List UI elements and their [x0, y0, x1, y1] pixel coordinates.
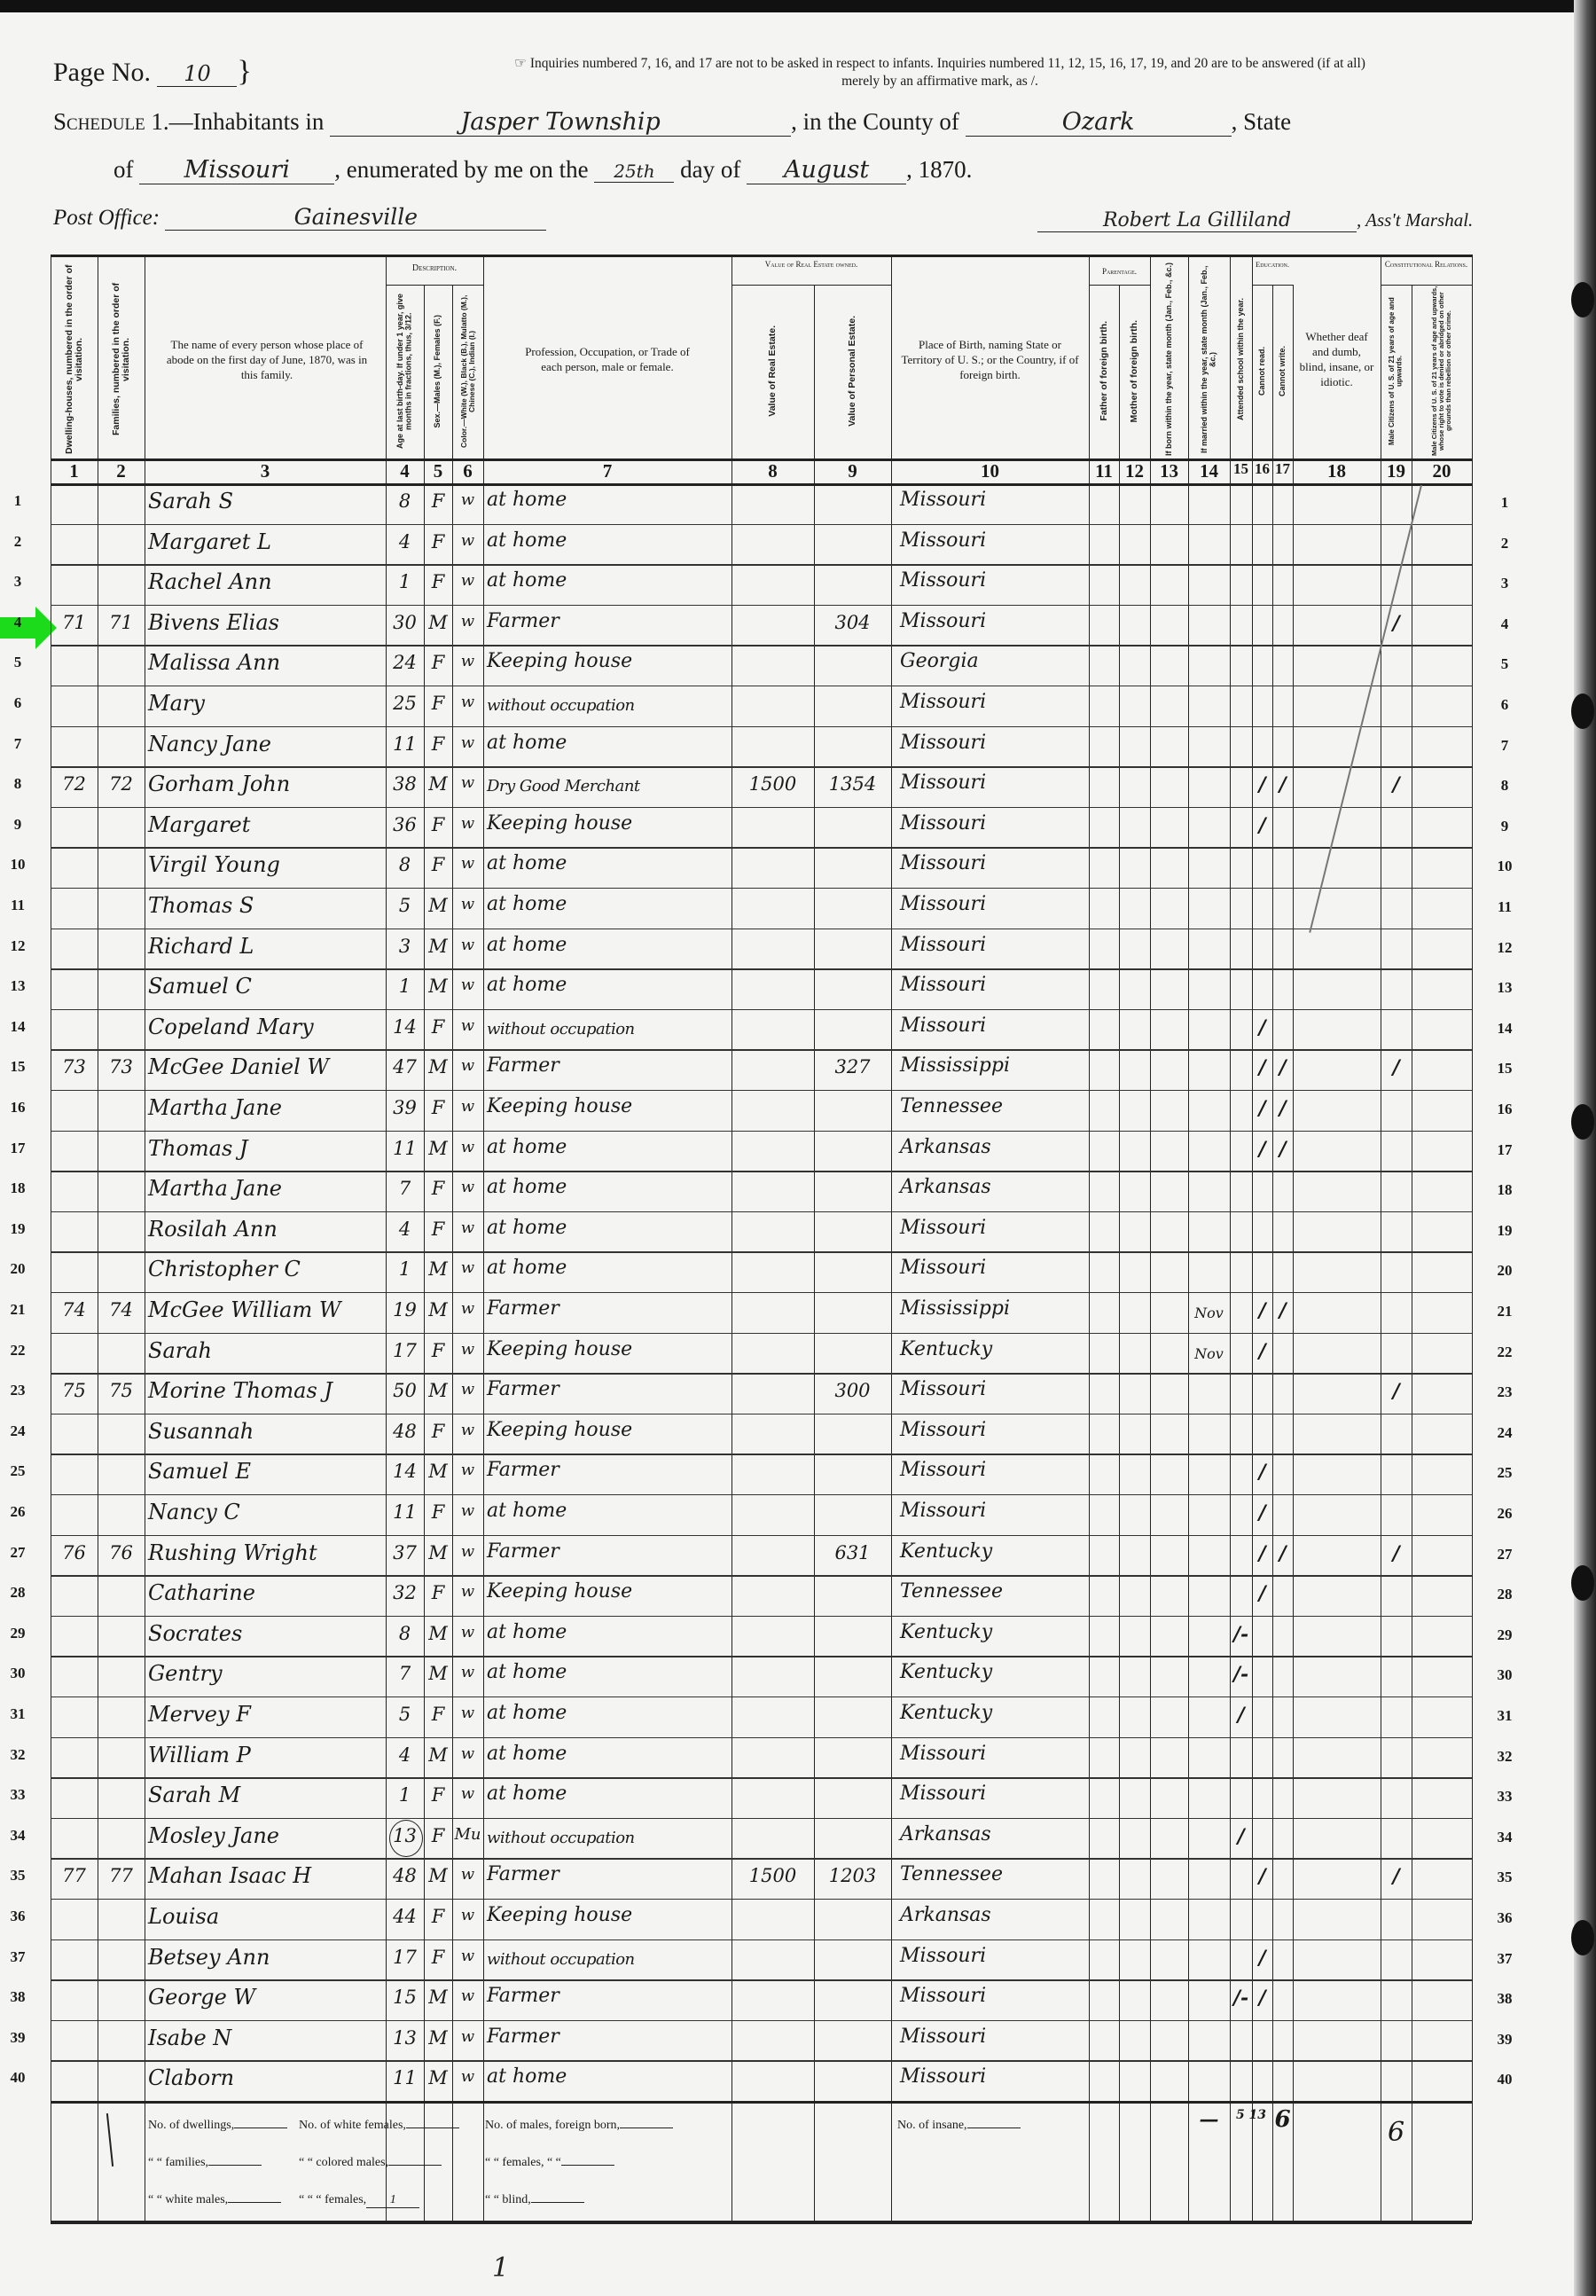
birthplace: Missouri [900, 691, 986, 713]
table-row: 1818Martha Jane7Fwat homeArkansas [51, 1171, 1472, 1211]
real-estate-value: 1500 [731, 1865, 814, 1886]
sex: F [424, 1016, 452, 1038]
age: 11 [386, 733, 424, 755]
occupation: at home [487, 1621, 567, 1643]
birthplace: Kentucky [900, 1540, 992, 1563]
birthplace: Missouri [900, 1378, 986, 1400]
person-name: George W [148, 1985, 255, 2010]
age: 1 [386, 976, 424, 997]
line-number-left: 25 [4, 1462, 31, 1480]
personal-estate-value: 1354 [814, 773, 891, 795]
occupation: at home [487, 1257, 567, 1279]
table-row: 33Rachel Ann1Fwat homeMissouri [51, 564, 1472, 605]
column-number: 6 [452, 460, 483, 482]
line-number-left: 9 [4, 816, 31, 834]
occupation: at home [487, 489, 567, 511]
sex: F [424, 1178, 452, 1199]
personal-estate-value: 300 [814, 1380, 891, 1401]
birthplace: Kentucky [900, 1338, 992, 1360]
table-row: 1414Copeland Mary14Fwwithout occupationM… [51, 1009, 1472, 1050]
line-number-left: 40 [4, 2069, 31, 2087]
color: w [452, 1138, 483, 1156]
line-number-right: 37 [1491, 1950, 1518, 1968]
age: 11 [386, 2067, 424, 2088]
birthplace: Missouri [900, 1985, 986, 2007]
person-name: Christopher C [148, 1257, 301, 1281]
birthplace: Missouri [900, 2026, 986, 2048]
footer-bracket-mark [106, 2113, 113, 2167]
column-number: 4 [386, 460, 424, 482]
table-row: 1111Thomas S5Mwat homeMissouri [51, 888, 1472, 929]
sex: F [424, 1947, 452, 1968]
occupation: at home [487, 1500, 567, 1522]
state-field: Missouri [139, 156, 334, 184]
birthplace: Missouri [900, 529, 986, 552]
age: 1 [386, 1258, 424, 1280]
header-bottom-rule [51, 458, 1472, 461]
line-number-right: 16 [1491, 1101, 1518, 1118]
person-name: Margaret L [148, 529, 271, 554]
sex: M [424, 2067, 452, 2088]
sex: M [424, 1138, 452, 1159]
footer-white-males: “ “ white males, [148, 2193, 281, 2207]
age: 24 [386, 652, 424, 673]
color: w [452, 854, 483, 873]
column-number: 8 [731, 460, 814, 482]
sex: M [424, 895, 452, 916]
cannot-read: / [1252, 1542, 1272, 1565]
personal-estate-value: 304 [814, 612, 891, 633]
column-number: 14 [1188, 460, 1230, 482]
birthplace: Missouri [900, 1945, 986, 1967]
table-row: 3838George W15MwFarmerMissouri/-/ [51, 1979, 1472, 2020]
line-number-right: 4 [1491, 615, 1518, 633]
cannot-write: / [1272, 1138, 1293, 1161]
table-row: 4040Claborn11Mwat homeMissouri [51, 2060, 1472, 2101]
age: 15 [386, 1986, 424, 2008]
post-office-line: Post Office: Gainesville [53, 204, 546, 231]
male-citizen-21: / [1381, 1380, 1412, 1403]
binding-hole [1571, 1565, 1594, 1601]
age: 38 [386, 773, 424, 795]
sex: M [424, 936, 452, 957]
sex: M [424, 1542, 452, 1563]
line-number-right: 30 [1491, 1666, 1518, 1684]
age: 5 [386, 895, 424, 916]
line-number-right: 24 [1491, 1424, 1518, 1442]
birthplace: Kentucky [900, 1661, 992, 1683]
personal-estate-value: 327 [814, 1056, 891, 1077]
line-number-left: 27 [4, 1544, 31, 1562]
line-number-right: 36 [1491, 1909, 1518, 1927]
col20-header: Male Citizens of U. S. of 21 years of ag… [1412, 286, 1472, 457]
footer-colored-males: “ “ colored males, [299, 2156, 442, 2170]
line-number-left: 1 [4, 492, 31, 510]
col11-header: Father of foreign birth. [1089, 286, 1119, 457]
occupation: at home [487, 974, 567, 996]
line-number-left: 17 [4, 1140, 31, 1157]
person-name: Socrates [148, 1621, 242, 1646]
cannot-write: / [1272, 773, 1293, 796]
parentage-group-header: Parentage. [1089, 267, 1150, 277]
sex: M [424, 773, 452, 795]
birthplace: Missouri [900, 2065, 986, 2088]
family-number: 76 [98, 1542, 145, 1563]
birthplace: Missouri [900, 610, 986, 632]
footer-foreign-females: “ “ females, “ “ [485, 2156, 614, 2170]
col7-header: Profession, Occupation, or Trade of each… [483, 262, 731, 457]
occupation: Farmer [487, 610, 559, 632]
color: w [452, 1219, 483, 1237]
person-name: Nancy Jane [148, 732, 271, 756]
table-row: 3636Louisa44FwKeeping houseArkansas [51, 1899, 1472, 1939]
line-number-right: 39 [1491, 2031, 1518, 2049]
cannot-read: / [1252, 814, 1272, 837]
color: w [452, 1340, 483, 1359]
color: w [452, 2027, 483, 2046]
person-name: Gentry [148, 1661, 223, 1686]
sex: M [424, 1744, 452, 1766]
sex: F [424, 1784, 452, 1806]
birthplace: Arkansas [900, 1176, 991, 1198]
color: w [452, 936, 483, 954]
male-citizen-21: / [1381, 1056, 1412, 1079]
binding-hole [1571, 694, 1594, 729]
color: w [452, 1097, 483, 1116]
occupation: Keeping house [487, 812, 632, 835]
sex: F [424, 1582, 452, 1603]
line-number-right: 15 [1491, 1060, 1518, 1077]
color: w [452, 693, 483, 711]
sex: F [424, 1219, 452, 1240]
line-number-left: 12 [4, 937, 31, 955]
age: 50 [386, 1380, 424, 1401]
column-number: 1 [51, 460, 98, 482]
cannot-read: / [1252, 1340, 1272, 1363]
binding-hole [1571, 1920, 1594, 1955]
table-row: 2424Susannah48FwKeeping houseMissouri [51, 1414, 1472, 1454]
table-row: 2020Christopher C1Mwat homeMissouri [51, 1251, 1472, 1292]
cannot-read: / [1252, 1461, 1272, 1484]
line-number-left: 30 [4, 1665, 31, 1682]
line-number-left: 13 [4, 977, 31, 995]
birthplace: Missouri [900, 1500, 986, 1522]
sex: F [424, 1906, 452, 1927]
male-citizen-21: / [1381, 1542, 1412, 1565]
line-number-right: 27 [1491, 1546, 1518, 1563]
group-header-rule [1381, 285, 1472, 286]
line-number-left: 36 [4, 1908, 31, 1925]
sex: M [424, 1258, 452, 1280]
cannot-read: / [1252, 1138, 1272, 1161]
line-number-right: 6 [1491, 696, 1518, 714]
age: 5 [386, 1704, 424, 1725]
table-row: 3131Mervey F5Fwat homeKentucky/ [51, 1697, 1472, 1737]
schedule-label: Schedule 1. [53, 108, 169, 135]
line-number-right: 21 [1491, 1303, 1518, 1320]
person-name: Thomas S [148, 893, 254, 918]
age: 39 [386, 1097, 424, 1118]
birthplace: Tennessee [900, 1580, 1003, 1602]
table-row: 3737Betsey Ann17Fwwithout occupationMiss… [51, 1939, 1472, 1980]
age: 8 [386, 1623, 424, 1644]
footer-white-males-value [228, 2202, 281, 2203]
col10-header: Place of Birth, naming State or Territor… [891, 262, 1089, 457]
footer-foreign-females-value [561, 2165, 614, 2166]
occupation: at home [487, 1176, 567, 1198]
table-row: 1010Virgil Young8Fwat homeMissouri [51, 847, 1472, 888]
column-number: 7 [483, 460, 731, 482]
column-number: 5 [424, 460, 452, 482]
column-number: 12 [1119, 460, 1150, 482]
age: 4 [386, 531, 424, 552]
table-row: 23237575Morine Thomas J50MwFarmer300Miss… [51, 1373, 1472, 1414]
line-number-right: 10 [1491, 858, 1518, 875]
occupation: Farmer [487, 1540, 559, 1563]
line-number-right: 12 [1491, 939, 1518, 957]
birthplace: Missouri [900, 934, 986, 956]
sex: M [424, 1299, 452, 1320]
age: 8 [386, 490, 424, 512]
col12-header: Mother of foreign birth. [1119, 286, 1150, 457]
line-number-left: 16 [4, 1099, 31, 1117]
footer-tally-married: — [1188, 2108, 1230, 2131]
sex: M [424, 1986, 452, 2008]
line-number-right: 40 [1491, 2071, 1518, 2088]
color: w [452, 1258, 483, 1277]
cannot-read: / [1252, 1501, 1272, 1524]
person-name: Martha Jane [148, 1176, 282, 1201]
table-row: 2929Socrates8Mwat homeKentucky/- [51, 1616, 1472, 1657]
line-number-right: 17 [1491, 1141, 1518, 1159]
dwelling-number: 77 [51, 1865, 98, 1886]
age: 7 [386, 1178, 424, 1199]
line-number-right: 11 [1491, 898, 1518, 916]
occupation: Farmer [487, 1054, 559, 1077]
line-number-right: 32 [1491, 1748, 1518, 1766]
line-number-left: 10 [4, 856, 31, 874]
col17-header: Cannot write. [1272, 286, 1293, 457]
line-number-right: 8 [1491, 777, 1518, 795]
col4-header: Age at last birth-day. If under 1 year, … [386, 286, 424, 457]
table-row: 27277676Rushing Wright37MwFarmer631Kentu… [51, 1535, 1472, 1576]
occupation: Farmer [487, 1297, 559, 1320]
line-number-left: 26 [4, 1503, 31, 1521]
col15-header: Attended school within the year. [1230, 262, 1252, 457]
day-field: 25th [594, 161, 674, 183]
family-number: 77 [98, 1865, 145, 1886]
occupation: at home [487, 1743, 567, 1765]
birthplace: Missouri [900, 569, 986, 592]
birthplace: Missouri [900, 732, 986, 754]
sex: M [424, 1623, 452, 1644]
sex: F [424, 1421, 452, 1442]
birthplace: Missouri [900, 974, 986, 996]
line-number-left: 20 [4, 1260, 31, 1278]
instructions-line-1: ☞ Inquiries numbered 7, 16, and 17 are n… [341, 55, 1538, 73]
color: w [452, 1016, 483, 1035]
person-name: Louisa [148, 1904, 219, 1929]
footer-insane-value [967, 2128, 1021, 2128]
occupation: Keeping house [487, 1904, 632, 1926]
color: w [452, 652, 483, 670]
column-number: 20 [1412, 460, 1472, 482]
sex: F [424, 1097, 452, 1118]
age: 17 [386, 1340, 424, 1361]
line-number-right: 7 [1491, 737, 1518, 755]
col8-header: Value of Real Estate. [731, 286, 814, 457]
col2-header: Families, numbered in the order of visit… [99, 262, 144, 457]
age: 30 [386, 612, 424, 633]
line-number-left: 4 [4, 614, 31, 631]
footer-tally-school-read: 5 13 [1230, 2108, 1272, 2122]
county-field: Ozark [966, 108, 1232, 137]
birthplace: Missouri [900, 772, 986, 794]
birthplace: Missouri [900, 893, 986, 915]
age: 14 [386, 1016, 424, 1038]
person-name: Bivens Elias [148, 610, 279, 635]
age: 25 [386, 693, 424, 714]
color: w [452, 571, 483, 590]
age: 48 [386, 1865, 424, 1886]
table-top-rule [51, 255, 1472, 257]
column-number: 2 [98, 460, 145, 482]
color: w [452, 1865, 483, 1884]
table-row: 3333Sarah M1Fwat homeMissouri [51, 1777, 1472, 1818]
sex: M [424, 612, 452, 633]
line-number-left: 8 [4, 775, 31, 793]
line-number-right: 5 [1491, 655, 1518, 673]
birthplace: Kentucky [900, 1621, 992, 1643]
color: w [452, 1582, 483, 1601]
occupation: at home [487, 893, 567, 915]
table-row: 1212Richard L3Mwat homeMissouri [51, 929, 1472, 969]
dwelling-number: 76 [51, 1542, 98, 1563]
line-number-left: 7 [4, 735, 31, 753]
married-within-year: Nov [1188, 1345, 1230, 1362]
birthplace: Missouri [900, 852, 986, 874]
sex: F [424, 1501, 452, 1523]
color: w [452, 1784, 483, 1803]
family-number: 71 [98, 612, 145, 633]
column-divider [1472, 255, 1473, 2221]
age: 4 [386, 1744, 424, 1766]
dwelling-number: 71 [51, 612, 98, 633]
age: 13 [386, 2027, 424, 2049]
binding-hole [1571, 1104, 1594, 1140]
birthplace: Missouri [900, 489, 986, 511]
line-number-right: 23 [1491, 1383, 1518, 1401]
color: w [452, 733, 483, 752]
personal-estate-value: 1203 [814, 1865, 891, 1886]
person-name: Mervey F [148, 1702, 251, 1727]
birthplace: Mississippi [900, 1297, 1010, 1320]
col5-header: Sex.—Males (M.), Females (F.) [424, 286, 452, 457]
col19-header: Male Citizens of U. S. of 21 years of ag… [1381, 286, 1412, 457]
column-number: 19 [1381, 460, 1412, 482]
page-number-line: Page No. 10} [53, 55, 252, 89]
age: 36 [386, 814, 424, 835]
occupation: without occupation [487, 1829, 635, 1847]
column-number: 3 [145, 460, 386, 482]
table-row: 15157373McGee Daniel W47MwFarmer327Missi… [51, 1049, 1472, 1090]
line-number-left: 6 [4, 694, 31, 712]
color: Mu [452, 1825, 483, 1844]
table-row: 11Sarah S8Fwat homeMissouri [51, 483, 1472, 524]
age: 48 [386, 1421, 424, 1442]
instructions-line-2: merely by an affirmative mark, as /. [341, 73, 1538, 90]
line-number-left: 18 [4, 1179, 31, 1197]
cannot-read: / [1252, 1016, 1272, 1039]
color: w [452, 531, 483, 550]
footer-white-females-value [406, 2128, 459, 2128]
occupation: Farmer [487, 1985, 559, 2007]
person-name: Samuel E [148, 1459, 251, 1484]
age: 14 [386, 1461, 424, 1482]
table-row: 1717Thomas J11Mwat homeArkansas// [51, 1131, 1472, 1172]
occupation: at home [487, 529, 567, 552]
occupation: without occupation [487, 1950, 635, 1969]
sex: F [424, 1825, 452, 1846]
color: w [452, 773, 483, 792]
birthplace: Tennessee [900, 1095, 1003, 1117]
table-row: 2525Samuel E14MwFarmerMissouri/ [51, 1454, 1472, 1494]
sex: F [424, 854, 452, 875]
age: 8 [386, 854, 424, 875]
birthplace: Arkansas [900, 1823, 991, 1845]
table-row: 55Malissa Ann24FwKeeping houseGeorgia [51, 645, 1472, 686]
enumeration-line: of Missouri, enumerated by me on the 25t… [113, 156, 972, 184]
column-number: 11 [1089, 460, 1119, 482]
scan-top-edge [0, 0, 1596, 12]
constitutional-group-header: Constitutional Relations. [1381, 260, 1472, 270]
sex: M [424, 1461, 452, 1482]
birthplace: Missouri [900, 1783, 986, 1805]
post-office-field: Gainesville [165, 204, 546, 231]
col9-header: Value of Personal Estate. [814, 286, 891, 457]
color: w [452, 814, 483, 833]
column-number: 13 [1150, 460, 1188, 482]
occupation: at home [487, 732, 567, 754]
table-row: 77Nancy Jane11Fwat homeMissouri [51, 726, 1472, 767]
color: w [452, 1986, 483, 2005]
instructions-note: ☞ Inquiries numbered 7, 16, and 17 are n… [341, 55, 1538, 90]
line-number-right: 19 [1491, 1222, 1518, 1240]
sex: F [424, 531, 452, 552]
person-name: Gorham John [148, 772, 290, 796]
cannot-read: / [1252, 1865, 1272, 1888]
occupation: Farmer [487, 1378, 559, 1400]
schedule-line: Schedule 1.—Inhabitants in Jasper Townsh… [53, 108, 1291, 137]
cannot-read: / [1252, 1097, 1272, 1120]
person-name: Malissa Ann [148, 650, 280, 675]
age: 4 [386, 1219, 424, 1240]
color: w [452, 1461, 483, 1479]
col1-header: Dwelling-houses, numbered in the order o… [52, 262, 97, 457]
person-name: Sarah M [148, 1783, 240, 1807]
table-row: 66Mary25Fwwithout occupationMissouri [51, 686, 1472, 726]
cannot-read: / [1252, 1986, 1272, 2010]
table-bottom-rule [51, 2221, 1472, 2224]
table-row: 887272Gorham John38MwDry Good Merchant15… [51, 766, 1472, 807]
column-number: 17 [1272, 460, 1293, 478]
line-number-left: 33 [4, 1786, 31, 1804]
person-name: Nancy C [148, 1500, 240, 1524]
line-number-left: 31 [4, 1705, 31, 1723]
occupation: at home [487, 1702, 567, 1724]
color: w [452, 1421, 483, 1439]
person-name: Isabe N [148, 2026, 231, 2050]
